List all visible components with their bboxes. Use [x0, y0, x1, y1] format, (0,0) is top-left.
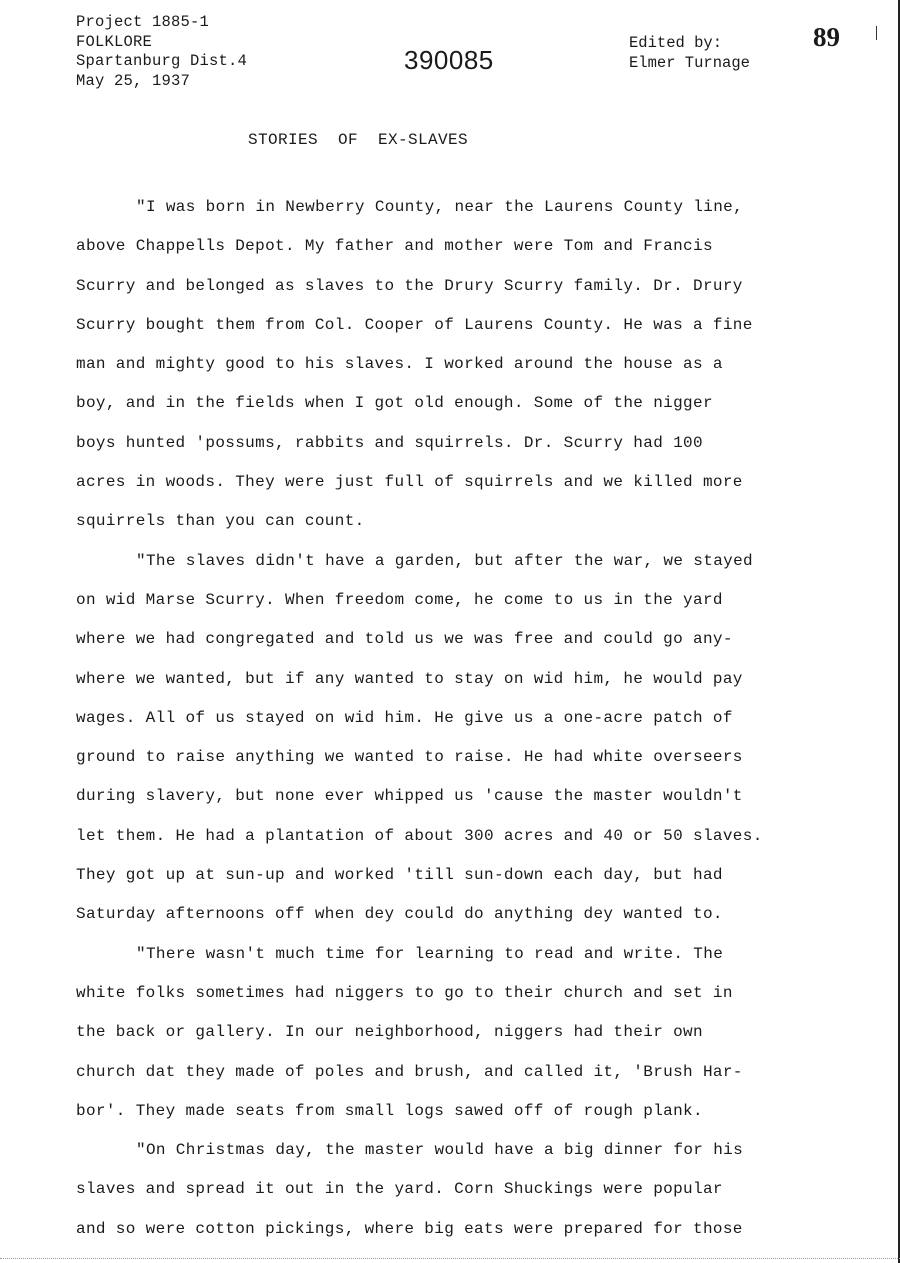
text-line: Scurry bought them from Col. Cooper of L…	[76, 306, 876, 345]
text-line: the back or gallery. In our neighborhood…	[76, 1013, 876, 1052]
project-date: May 25, 1937	[76, 72, 247, 92]
text-line: on wid Marse Scurry. When freedom come, …	[76, 581, 876, 620]
text-line: "On Christmas day, the master would have…	[76, 1131, 876, 1170]
editor-name: Elmer Turnage	[629, 53, 750, 73]
text-line: squirrels than you can count.	[76, 502, 876, 541]
text-line: during slavery, but none ever whipped us…	[76, 777, 876, 816]
project-district: Spartanburg Dist.4	[76, 52, 247, 72]
text-line: boy, and in the fields when I got old en…	[76, 384, 876, 423]
editor-block: Edited by: Elmer Turnage	[629, 33, 750, 73]
text-line: boys hunted 'possums, rabbits and squirr…	[76, 424, 876, 463]
text-line: They got up at sun-up and worked 'till s…	[76, 856, 876, 895]
text-line: and so were cotton pickings, where big e…	[76, 1210, 876, 1249]
text-line: where we had congregated and told us we …	[76, 620, 876, 659]
margin-mark	[876, 26, 877, 40]
text-line: "The slaves didn't have a garden, but af…	[76, 542, 876, 581]
text-line: let them. He had a plantation of about 3…	[76, 817, 876, 856]
editor-label: Edited by:	[629, 33, 750, 53]
project-header: Project 1885-1 FOLKLORE Spartanburg Dist…	[76, 13, 247, 91]
page-number: 89	[813, 22, 840, 53]
document-body: "I was born in Newberry County, near the…	[76, 188, 876, 1249]
text-line: acres in woods. They were just full of s…	[76, 463, 876, 502]
text-line: man and mighty good to his slaves. I wor…	[76, 345, 876, 384]
text-line: church dat they made of poles and brush,…	[76, 1053, 876, 1092]
text-line: above Chappells Depot. My father and mot…	[76, 227, 876, 266]
text-line: "There wasn't much time for learning to …	[76, 935, 876, 974]
text-line: bor'. They made seats from small logs sa…	[76, 1092, 876, 1131]
document-title: STORIES OF EX-SLAVES	[248, 131, 468, 149]
serial-number: 390085	[404, 45, 494, 76]
text-line: Saturday afternoons off when dey could d…	[76, 895, 876, 934]
text-line: Scurry and belonged as slaves to the Dru…	[76, 267, 876, 306]
text-line: where we wanted, but if any wanted to st…	[76, 660, 876, 699]
text-line: wages. All of us stayed on wid him. He g…	[76, 699, 876, 738]
page-bottom-edge	[0, 1258, 900, 1260]
text-line: "I was born in Newberry County, near the…	[76, 188, 876, 227]
project-category: FOLKLORE	[76, 33, 247, 53]
text-line: slaves and spread it out in the yard. Co…	[76, 1170, 876, 1209]
text-line: white folks sometimes had niggers to go …	[76, 974, 876, 1013]
project-number: Project 1885-1	[76, 13, 247, 33]
text-line: ground to raise anything we wanted to ra…	[76, 738, 876, 777]
